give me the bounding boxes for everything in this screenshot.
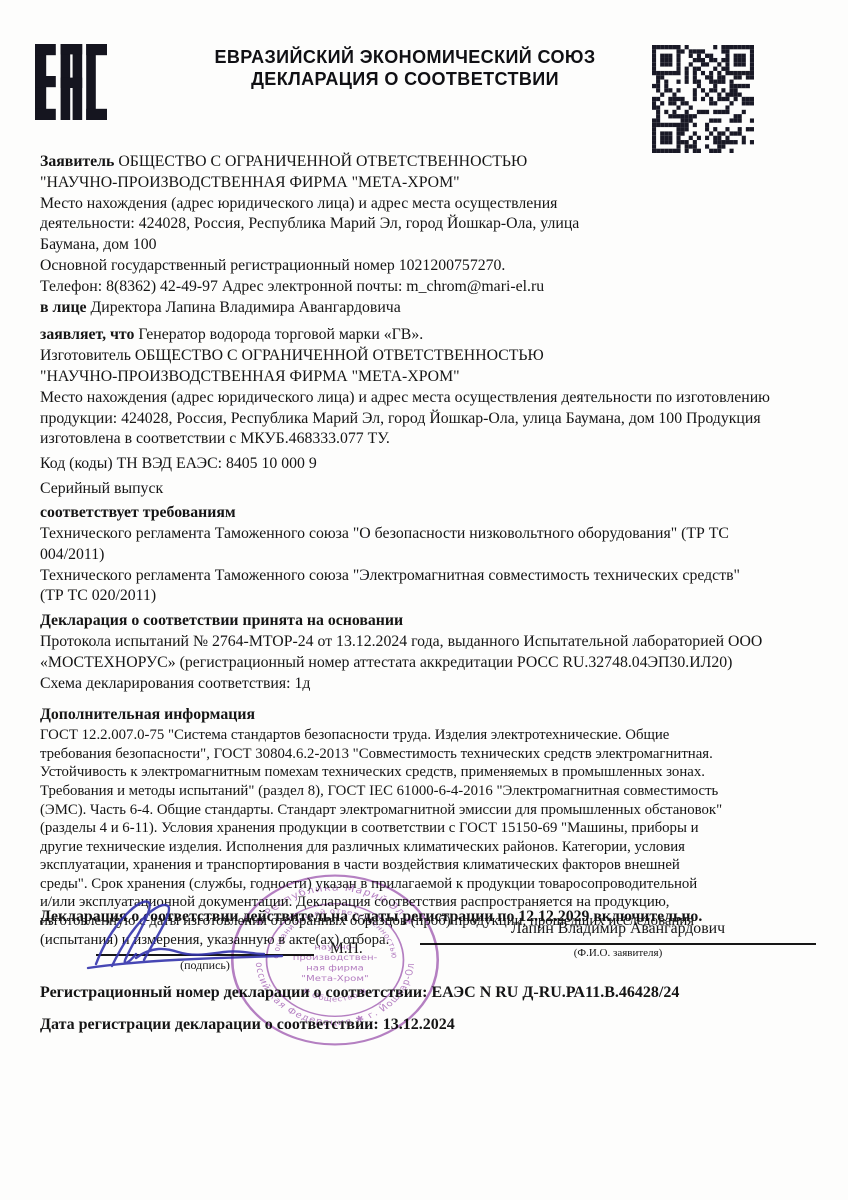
applicant-fio: Лапин Владимир Авангардович — [420, 920, 816, 945]
qr-code — [652, 45, 754, 153]
tnved-code-line: Код (коды) ТН ВЭД ЕАЭС: 8405 10 000 9 — [40, 453, 818, 475]
applicant-text: ОБЩЕСТВО С ОГРАНИЧЕННОЙ ОТВЕТСТВЕННОСТЬЮ… — [40, 153, 579, 295]
conforms-heading: соответствует требованиям — [40, 504, 236, 521]
stamp-ring-inner-bottom-text: ✱ Общество ✱ — [301, 986, 370, 1003]
svg-text:✱ Общество ✱: ✱ Общество ✱ — [301, 986, 370, 1003]
declaration-document: ЕВРАЗИЙСКИЙ ЭКОНОМИЧЕСКИЙ СОЮЗ ДЕКЛАРАЦИ… — [0, 0, 848, 1200]
declares-paragraph: заявляет, что Генератор водорода торгово… — [40, 325, 818, 450]
fio-caption: (Ф.И.О. заявителя) — [420, 945, 816, 959]
declares-text: Генератор водорода торговой марки «ГВ». … — [40, 326, 770, 447]
basis-text: Протокола испытаний № 2764-МТОР-24 от 13… — [40, 633, 762, 692]
document-body: Заявитель ОБЩЕСТВО С ОГРАНИЧЕННОЙ ОТВЕТС… — [40, 152, 818, 949]
basis-heading: Декларация о соответствии принята на осн… — [40, 612, 403, 629]
role-text: Директора Лапина Владимира Авангардовича — [87, 299, 401, 316]
role-label: в лице — [40, 299, 87, 316]
title-line-2: ДЕКЛАРАЦИЯ О СООТВЕТСТВИИ — [150, 68, 660, 90]
handwritten-signature — [82, 892, 340, 982]
basis-paragraph: Декларация о соответствии принята на осн… — [40, 611, 818, 694]
document-title: ЕВРАЗИЙСКИЙ ЭКОНОМИЧЕСКИЙ СОЮЗ ДЕКЛАРАЦИ… — [150, 46, 660, 90]
serial-release-line: Серийный выпуск — [40, 478, 818, 500]
fio-block: Лапин Владимир Авангардович (Ф.И.О. заяв… — [420, 920, 816, 959]
eac-logo-icon — [34, 44, 108, 120]
title-line-1: ЕВРАЗИЙСКИЙ ЭКОНОМИЧЕСКИЙ СОЮЗ — [150, 46, 660, 68]
applicant-paragraph: Заявитель ОБЩЕСТВО С ОГРАНИЧЕННОЙ ОТВЕТС… — [40, 152, 818, 318]
conforms-text: Технического регламента Таможенного союз… — [40, 525, 740, 604]
additional-info-heading: Дополнительная информация — [40, 706, 255, 723]
declares-label: заявляет, что — [40, 326, 134, 343]
applicant-label: Заявитель — [40, 153, 118, 170]
conforms-paragraph: соответствует требованиям Технического р… — [40, 503, 818, 607]
